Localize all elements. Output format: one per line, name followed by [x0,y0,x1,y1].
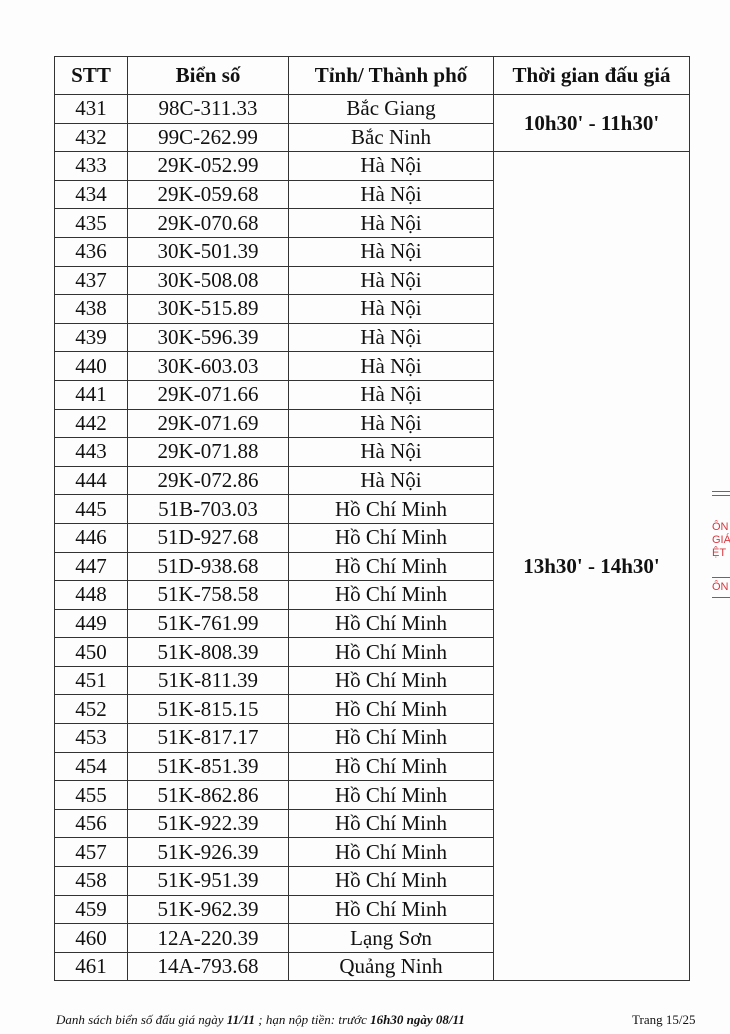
cell-province: Hồ Chí Minh [289,552,494,581]
cell-plate: 98C-311.33 [128,95,289,124]
cell-province: Hồ Chí Minh [289,523,494,552]
cell-plate: 29K-072.86 [128,466,289,495]
cell-province: Hồ Chí Minh [289,838,494,867]
cell-province: Hồ Chí Minh [289,695,494,724]
cell-province: Hà Nội [289,237,494,266]
stamp-line [712,491,730,492]
footer-payment-deadline: 16h30 ngày 08/11 [370,1012,465,1027]
cell-stt: 445 [55,495,128,524]
cell-province: Hà Nội [289,438,494,467]
cell-plate: 51D-938.68 [128,552,289,581]
cell-province: Hà Nội [289,295,494,324]
cell-province: Hà Nội [289,466,494,495]
cell-stt: 447 [55,552,128,581]
cell-plate: 51K-922.39 [128,809,289,838]
cell-stt: 435 [55,209,128,238]
cell-plate: 30K-501.39 [128,237,289,266]
header-auction-time: Thời gian đấu giá [494,57,690,95]
cell-stt: 434 [55,180,128,209]
cell-province: Hồ Chí Minh [289,609,494,638]
cell-province: Hà Nội [289,352,494,381]
stamp-line [712,577,730,578]
cell-plate: 51K-808.39 [128,638,289,667]
cell-plate: 29K-071.66 [128,380,289,409]
cell-plate: 51K-951.39 [128,867,289,896]
stamp-line [712,495,730,496]
cell-province: Hà Nội [289,380,494,409]
cell-province: Hà Nội [289,180,494,209]
cell-stt: 450 [55,638,128,667]
table-body: 43198C-311.33Bắc Giang10h30' - 11h30'432… [55,95,690,981]
footer-auction-date: 11/11 [227,1012,255,1027]
cell-province: Hà Nội [289,209,494,238]
cell-plate: 14A-793.68 [128,952,289,981]
cell-stt: 455 [55,781,128,810]
cell-auction-time: 13h30' - 14h30' [494,152,690,981]
cell-stt: 444 [55,466,128,495]
cell-plate: 12A-220.39 [128,924,289,953]
footer-text: Danh sách biển số đấu giá ngày [56,1012,227,1027]
cell-province: Hồ Chí Minh [289,809,494,838]
cell-province: Hồ Chí Minh [289,581,494,610]
cell-plate: 29K-070.68 [128,209,289,238]
cell-plate: 29K-059.68 [128,180,289,209]
cell-plate: 30K-508.08 [128,266,289,295]
stamp-text: ÔN [712,581,730,594]
cell-province: Bắc Giang [289,95,494,124]
cell-stt: 438 [55,295,128,324]
cell-stt: 452 [55,695,128,724]
cell-stt: 442 [55,409,128,438]
cell-stt: 437 [55,266,128,295]
cell-stt: 454 [55,752,128,781]
cell-plate: 29K-071.88 [128,438,289,467]
header-stt: STT [55,57,128,95]
red-stamp: ÔN GIÁ ỆT ÔN [712,488,730,601]
table-header-row: STT Biển số Tỉnh/ Thành phố Thời gian đấ… [55,57,690,95]
cell-stt: 461 [55,952,128,981]
cell-province: Hồ Chí Minh [289,752,494,781]
cell-stt: 432 [55,123,128,152]
cell-plate: 51K-851.39 [128,752,289,781]
cell-province: Hà Nội [289,152,494,181]
cell-plate: 51K-761.99 [128,609,289,638]
stamp-text: GIÁ [712,534,730,547]
cell-province: Hà Nội [289,266,494,295]
table-row: 43198C-311.33Bắc Giang10h30' - 11h30' [55,95,690,124]
cell-plate: 51B-703.03 [128,495,289,524]
cell-province: Bắc Ninh [289,123,494,152]
cell-stt: 451 [55,666,128,695]
cell-stt: 460 [55,924,128,953]
cell-stt: 436 [55,237,128,266]
header-plate: Biển số [128,57,289,95]
cell-province: Hà Nội [289,409,494,438]
cell-stt: 439 [55,323,128,352]
cell-plate: 51K-817.17 [128,724,289,753]
cell-plate: 29K-071.69 [128,409,289,438]
stamp-line [712,597,730,598]
cell-plate: 51K-926.39 [128,838,289,867]
cell-stt: 448 [55,581,128,610]
cell-stt: 440 [55,352,128,381]
cell-province: Hồ Chí Minh [289,724,494,753]
cell-plate: 30K-603.03 [128,352,289,381]
cell-province: Quảng Ninh [289,952,494,981]
cell-province: Hồ Chí Minh [289,638,494,667]
cell-province: Hà Nội [289,323,494,352]
cell-plate: 99C-262.99 [128,123,289,152]
auction-plate-table: STT Biển số Tỉnh/ Thành phố Thời gian đấ… [54,56,690,981]
cell-stt: 446 [55,523,128,552]
cell-stt: 441 [55,380,128,409]
cell-province: Hồ Chí Minh [289,867,494,896]
cell-province: Hồ Chí Minh [289,895,494,924]
table-row: 43329K-052.99Hà Nội13h30' - 14h30' [55,152,690,181]
footer-note: Danh sách biển số đấu giá ngày 11/11 ; h… [56,1012,465,1028]
page-number: Trang 15/25 [632,1012,695,1028]
stamp-text: ỆT [712,547,730,560]
cell-stt: 456 [55,809,128,838]
cell-plate: 51D-927.68 [128,523,289,552]
cell-province: Hồ Chí Minh [289,666,494,695]
cell-province: Lạng Sơn [289,924,494,953]
cell-plate: 29K-052.99 [128,152,289,181]
cell-plate: 30K-596.39 [128,323,289,352]
cell-stt: 459 [55,895,128,924]
cell-plate: 30K-515.89 [128,295,289,324]
cell-stt: 457 [55,838,128,867]
cell-province: Hồ Chí Minh [289,781,494,810]
cell-stt: 433 [55,152,128,181]
cell-stt: 431 [55,95,128,124]
cell-plate: 51K-815.15 [128,695,289,724]
cell-stt: 449 [55,609,128,638]
header-province: Tỉnh/ Thành phố [289,57,494,95]
cell-plate: 51K-758.58 [128,581,289,610]
cell-plate: 51K-962.39 [128,895,289,924]
stamp-text: ÔN [712,521,730,534]
cell-auction-time: 10h30' - 11h30' [494,95,690,152]
cell-plate: 51K-811.39 [128,666,289,695]
cell-plate: 51K-862.86 [128,781,289,810]
cell-stt: 443 [55,438,128,467]
cell-stt: 453 [55,724,128,753]
cell-stt: 458 [55,867,128,896]
footer-text: ; hạn nộp tiền: trước [255,1012,370,1027]
cell-province: Hồ Chí Minh [289,495,494,524]
